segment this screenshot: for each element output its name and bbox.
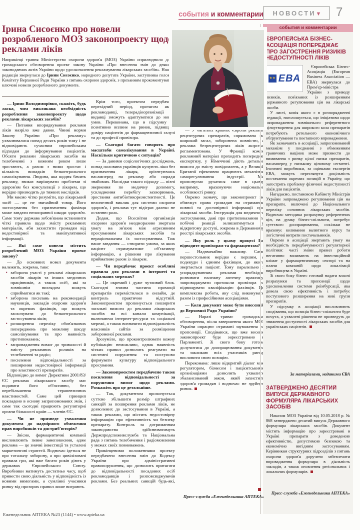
section-label-dark: и комментарии :: — [209, 10, 270, 18]
section-label-light: события — [179, 10, 209, 18]
paragraph: Наказом МОЗ України від 10.05.2018 р. № … — [266, 413, 350, 474]
news-tab: НОВОСТИ▼ — [263, 6, 330, 20]
eu-flag-icon: ★★ — [268, 75, 276, 83]
bullet-item: посилення відповідальності за поширення … — [6, 357, 86, 372]
end-marker — [309, 326, 312, 329]
paragraph: — Наразі триває громадське обговорення, … — [180, 314, 264, 360]
sidebar-item2-headline: ЗАТВЕРДЖЕНО ДЕСЯТИЙ ВИПУСК ДЕРЖАВНОГО ФО… — [266, 385, 350, 411]
interview-question: — Яку роль у цьому процесі Ви відводите … — [180, 238, 264, 248]
sidebar-item2-body: Наказом МОЗ України від 10.05.2018 р. № … — [266, 413, 350, 489]
paragraph: Ми маємо чітко розуміти, що лікарський з… — [2, 195, 86, 241]
end-marker — [310, 471, 313, 474]
paragraph: — У багатьох країнах Європи реклама реце… — [180, 128, 264, 195]
paragraph: Нагадаємо, постановою Кабінету Міністрів… — [266, 192, 350, 238]
bullet-item: запровадження вимог до тривалості й зміс… — [6, 342, 86, 357]
interview-question: — Законопроектом передбачено також посил… — [91, 370, 175, 391]
sidebar-section-label: события и комментарии — [263, 24, 353, 32]
paragraph: Переконана: лише відкритий діалог між ре… — [180, 360, 264, 391]
news-tab-label: НОВОСТИ — [273, 10, 316, 18]
sidebar-item2-signature: Пресс-служба «Еженедельника АПТЕКА» — [266, 491, 350, 500]
paragraph: — Так, документом пропонується суттєво з… — [91, 391, 175, 448]
paragraph: Додам, що Всесвітня організація охорони … — [91, 215, 175, 261]
interview-question: — Сьогодні багато говорять про масштаби … — [91, 142, 175, 157]
paragraph: Окремо зазначу, що законопроект не обмеж… — [180, 195, 264, 236]
interview-question: — Коли документ може бути внесений до Ве… — [180, 303, 264, 313]
paragraph: Окремо в асоціації звертають увагу на не… — [266, 237, 350, 273]
bullet-item: заборона посилань на рекомендації науков… — [6, 295, 86, 321]
portrait-photo — [172, 30, 264, 127]
paragraph: — За даними соціологічних досліджень, по… — [91, 159, 175, 216]
sidebar-item1-body: ★★ ЕВА Європейська Бізнес-Асоціація (Eur… — [266, 64, 350, 370]
paragraph: Відповідно до вимог Директиви 2001/83/ЄС… — [2, 373, 86, 414]
article-end-marker — [258, 488, 261, 491]
eba-logo-text: ЕВА — [278, 76, 300, 81]
eba-logo: ★★ ЕВА — [266, 65, 303, 92]
article-signature: Пресс-служба «Еженедельника АПТЕКА» — [176, 494, 264, 504]
page-number: 7 — [336, 5, 343, 19]
interview-question: — Ірино Володимирівно, скажіть, будь лас… — [2, 101, 86, 122]
sidebar-item1-signature: За матеріалами, наданими ЄВА — [266, 372, 350, 381]
section-header: события и комментарии :: — [0, 10, 270, 23]
paragraph: Як зазначають в асоціації, запропоновани… — [266, 141, 350, 192]
portrait-photo-art — [172, 30, 264, 127]
article-body: — Ірино Володимирівно, скажіть, будь лас… — [2, 99, 264, 493]
paragraph: — Питання впорядкування реклами ліків на… — [2, 123, 86, 195]
newspaper-page: события и комментарии :: НОВОСТИ▼ 7 Ірин… — [0, 0, 360, 530]
article-intro: Наприкінці травня Міністерство охорони з… — [2, 57, 172, 95]
paragraph: У листі, копія якого є в розпорядженні р… — [266, 110, 350, 141]
paragraph: — Це окремий і дуже чутливий блок. Сього… — [91, 280, 175, 337]
bullet-item: заборона участі у рекламі лікарських зас… — [6, 270, 86, 296]
page-footer: Еженедельник АПТЕКА №23 (1144) • www.apt… — [3, 512, 323, 522]
paragraph: — Надзвичайно важливу. Саме першостольни… — [180, 249, 264, 300]
chevron-down-icon: ▼ — [316, 11, 321, 17]
paragraph: Крім того, проектом передбачено перехідн… — [91, 99, 175, 140]
interview-question: — Чи не призведе ухвалення документа до … — [2, 416, 86, 431]
paragraph: Зі свого боку бізнес готовий надати влас… — [266, 273, 350, 304]
news-sidebar: события и комментарии ЄВРОПЕЙСЬКА БІЗНЕС… — [263, 24, 353, 514]
sidebar-item1-headline: ЄВРОПЕЙСЬКА БІЗНЕС-АСОЦІАЦІЯ ПОПЕРЕДЖАЄ … — [266, 36, 350, 62]
interview-question: — Чи передбачає проект особливі правила … — [91, 264, 175, 279]
bullet-item: розширення переліку обов'язкових поперед… — [6, 321, 86, 342]
interview-question: — Які саме новели містить розроблений МО… — [2, 243, 86, 258]
intro-divider — [2, 96, 170, 97]
end-marker — [195, 388, 198, 391]
paragraph: — До основних новел документа належить, … — [2, 259, 86, 269]
article-headline: Ірина Сисоєнко про новели розробленого М… — [2, 25, 178, 56]
paragraph: — Звісно, фармацевтичні компанії висловл… — [2, 432, 86, 489]
paragraph: Зрозуміло, що проконтролювати кожну публ… — [91, 337, 175, 368]
paragraph: У підсумку в асоціації висловлюють споді… — [266, 304, 350, 330]
